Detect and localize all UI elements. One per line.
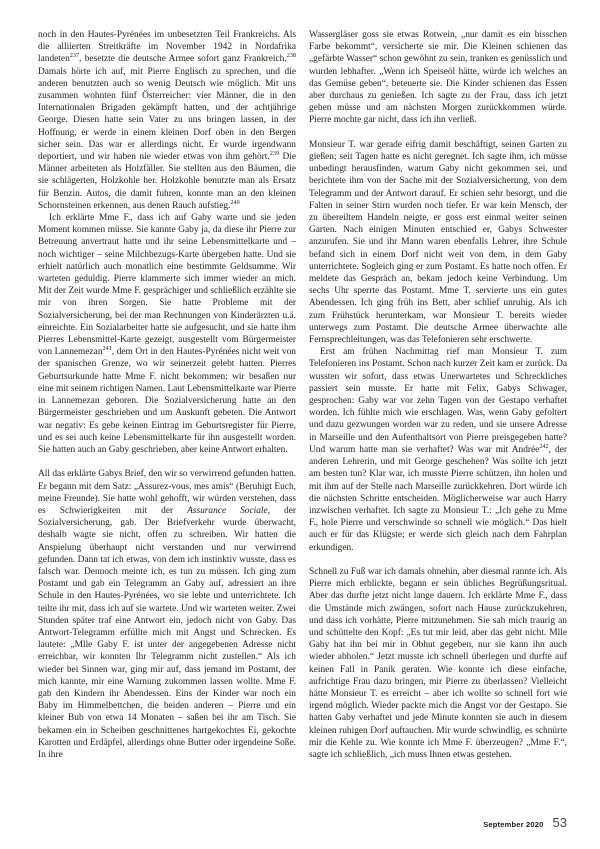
footnote-reference: 242 (539, 443, 548, 450)
paragraph: Schnell zu Fuß war ich damals ohnehin, a… (309, 566, 567, 761)
footnote-reference: 239 (270, 150, 279, 157)
text-segment: Schnell zu Fuß war ich damals ohnehin, a… (309, 567, 567, 760)
text-segment: Ich erklärte Mme F., dass ich auf Gaby w… (38, 213, 296, 357)
paragraph: noch in den Hautes-Pyrénées im unbesetzt… (38, 29, 296, 212)
paragraph: Ich erklärte Mme F., dass ich auf Gaby w… (38, 212, 296, 456)
footnote-reference: 238 (287, 52, 296, 59)
paragraph: Wassergläser goss sie etwas Rotwein, „nu… (309, 29, 567, 127)
text-segment: Erst am frühen Nachmittag rief man Monsi… (309, 347, 567, 455)
footer-page-number: 53 (553, 815, 567, 830)
paragraph: Erst am frühen Nachmittag rief man Monsi… (309, 346, 567, 553)
footnote-reference: 237 (70, 52, 79, 59)
book-page: noch in den Hautes-Pyrénées im unbesetzt… (0, 0, 600, 849)
footer-issue-date: September 2020 (483, 820, 543, 829)
footnote-reference: 240 (230, 199, 239, 206)
text-segment: Wassergläser goss sie etwas Rotwein, „nu… (309, 30, 567, 125)
text-segment: Damals hörte ich auf, mit Pierre Englisc… (38, 67, 296, 162)
text-segment: Monsieur T. war gerade eifrig damit besc… (309, 140, 567, 345)
text-column-right: Wassergläser goss sie etwas Rotwein, „nu… (309, 29, 567, 761)
text-segment: , besetzte die deutsche Armee sofort gan… (79, 54, 287, 64)
text-segment: , der anderen Lehrerin, und mit George g… (309, 445, 567, 553)
text-column-left: noch in den Hautes-Pyrénées im unbesetzt… (38, 29, 296, 761)
paragraph: Monsieur T. war gerade eifrig damit besc… (309, 139, 567, 346)
two-column-text-block: noch in den Hautes-Pyrénées im unbesetzt… (38, 29, 567, 761)
text-segment: , der Sozialversicherung, gab. Der Brief… (38, 506, 296, 760)
text-segment: , dem Ort in den Hautes-Pyrénées nicht w… (38, 347, 296, 455)
footnote-reference: 241 (103, 345, 112, 352)
page-footer: September 2020 53 (483, 815, 567, 830)
text-segment: Assurance Sociale (187, 506, 268, 516)
paragraph: All das erklärte Gabys Brief, den wir so… (38, 468, 296, 761)
